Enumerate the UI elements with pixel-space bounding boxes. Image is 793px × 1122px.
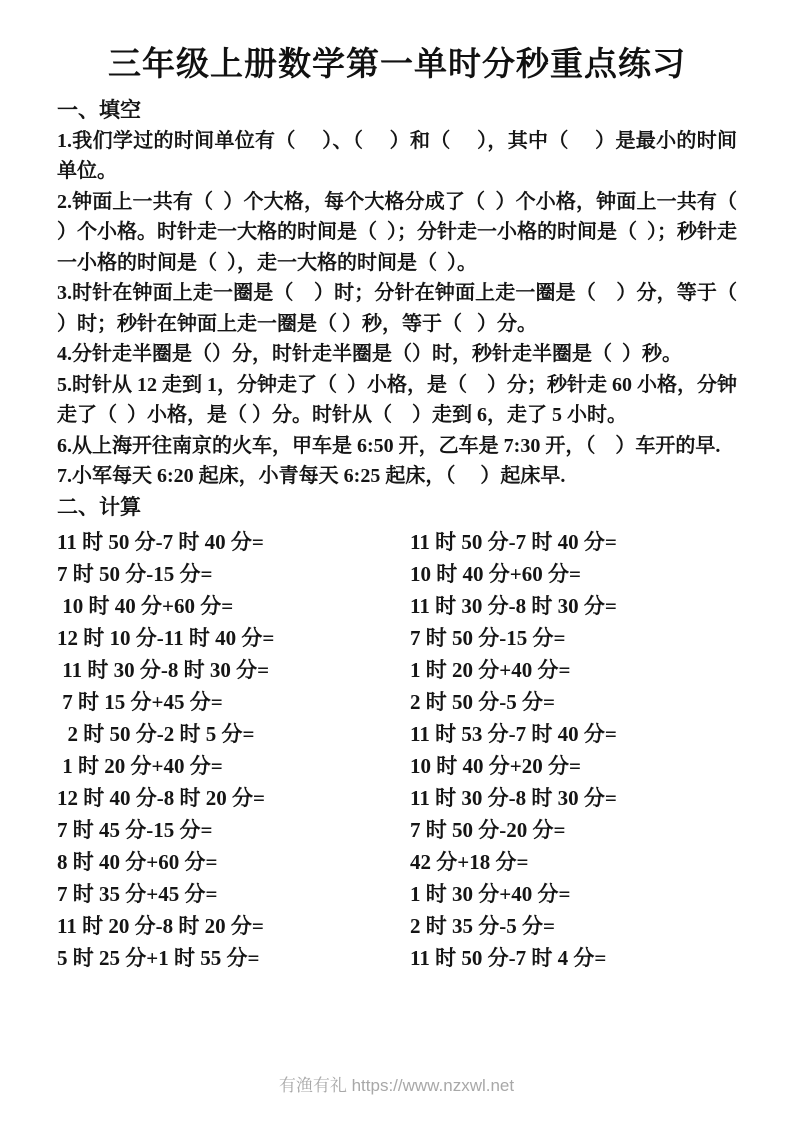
calc-item: 2 时 50 分-5 分=	[410, 686, 737, 718]
calc-item: 11 时 30 分-8 时 30 分=	[410, 782, 737, 814]
calc-item: 10 时 40 分+20 分=	[410, 750, 737, 782]
fill-in-question-3: 3.时针在钟面上走一圈是（ ）时；分针在钟面上走一圈是（ ）分，等于（ ）时；秒…	[57, 278, 737, 339]
section-heading-calculation: 二、计算	[57, 492, 737, 523]
calc-item: 11 时 20 分-8 时 20 分=	[57, 910, 410, 942]
fill-in-question-5: 5.时针从 12 走到 1，分钟走了（ ）小格，是（ ）分；秒针走 60 小格，…	[57, 370, 737, 431]
fill-in-question-7: 7.小军每天 6:20 起床，小青每天 6:25 起床，（ ）起床早.	[57, 461, 737, 492]
fill-in-question-4: 4.分针走半圈是（）分，时针走半圈是（）时，秒针走半圈是（ ）秒。	[57, 339, 737, 370]
calc-item: 5 时 25 分+1 时 55 分=	[57, 942, 410, 974]
calc-item: 8 时 40 分+60 分=	[57, 846, 410, 878]
calculation-right-column: 11 时 50 分-7 时 40 分= 10 时 40 分+60 分= 11 时…	[410, 526, 737, 974]
calculation-grid: 11 时 50 分-7 时 40 分= 7 时 50 分-15 分= 10 时 …	[57, 526, 737, 974]
calc-item: 7 时 50 分-20 分=	[410, 814, 737, 846]
fill-in-question-2: 2.钟面上一共有（ ）个大格，每个大格分成了（ ）个小格，钟面上一共有（ ）个小…	[57, 187, 737, 279]
calc-item: 11 时 50 分-7 时 40 分=	[57, 526, 410, 558]
calc-item: 10 时 40 分+60 分=	[410, 558, 737, 590]
calc-item: 1 时 20 分+40 分=	[57, 750, 410, 782]
calc-item: 7 时 35 分+45 分=	[57, 878, 410, 910]
calc-item: 12 时 40 分-8 时 20 分=	[57, 782, 410, 814]
calc-item: 11 时 50 分-7 时 4 分=	[410, 942, 737, 974]
calc-item: 11 时 30 分-8 时 30 分=	[57, 654, 410, 686]
calc-item: 7 时 45 分-15 分=	[57, 814, 410, 846]
fill-in-question-6: 6.从上海开往南京的火车，甲车是 6:50 开，乙车是 7:30 开，（ ）车开…	[57, 431, 737, 462]
worksheet-content: 一、填空 1.我们学过的时间单位有（ ）、（ ）和（ ），其中（ ）是最小的时间…	[57, 95, 737, 974]
calc-item: 11 时 50 分-7 时 40 分=	[410, 526, 737, 558]
page-title: 三年级上册数学第一单时分秒重点练习	[57, 38, 737, 85]
calc-item: 1 时 20 分+40 分=	[410, 654, 737, 686]
calc-item: 42 分+18 分=	[410, 846, 737, 878]
section-heading-fill-in: 一、填空	[57, 95, 737, 126]
calc-item: 11 时 30 分-8 时 30 分=	[410, 590, 737, 622]
calc-item: 2 时 50 分-2 时 5 分=	[57, 718, 410, 750]
watermark-footer: 有渔有礼 https://www.nzxwl.net	[0, 1071, 793, 1096]
calculation-left-column: 11 时 50 分-7 时 40 分= 7 时 50 分-15 分= 10 时 …	[57, 526, 410, 974]
calc-item: 7 时 50 分-15 分=	[410, 622, 737, 654]
calc-item: 12 时 10 分-11 时 40 分=	[57, 622, 410, 654]
calc-item: 2 时 35 分-5 分=	[410, 910, 737, 942]
fill-in-question-1: 1.我们学过的时间单位有（ ）、（ ）和（ ），其中（ ）是最小的时间单位。	[57, 126, 737, 187]
calc-item: 7 时 15 分+45 分=	[57, 686, 410, 718]
calc-item: 1 时 30 分+40 分=	[410, 878, 737, 910]
calc-item: 10 时 40 分+60 分=	[57, 590, 410, 622]
calc-item: 11 时 53 分-7 时 40 分=	[410, 718, 737, 750]
worksheet-page: 三年级上册数学第一单时分秒重点练习 一、填空 1.我们学过的时间单位有（ ）、（…	[0, 0, 793, 1122]
calc-item: 7 时 50 分-15 分=	[57, 558, 410, 590]
